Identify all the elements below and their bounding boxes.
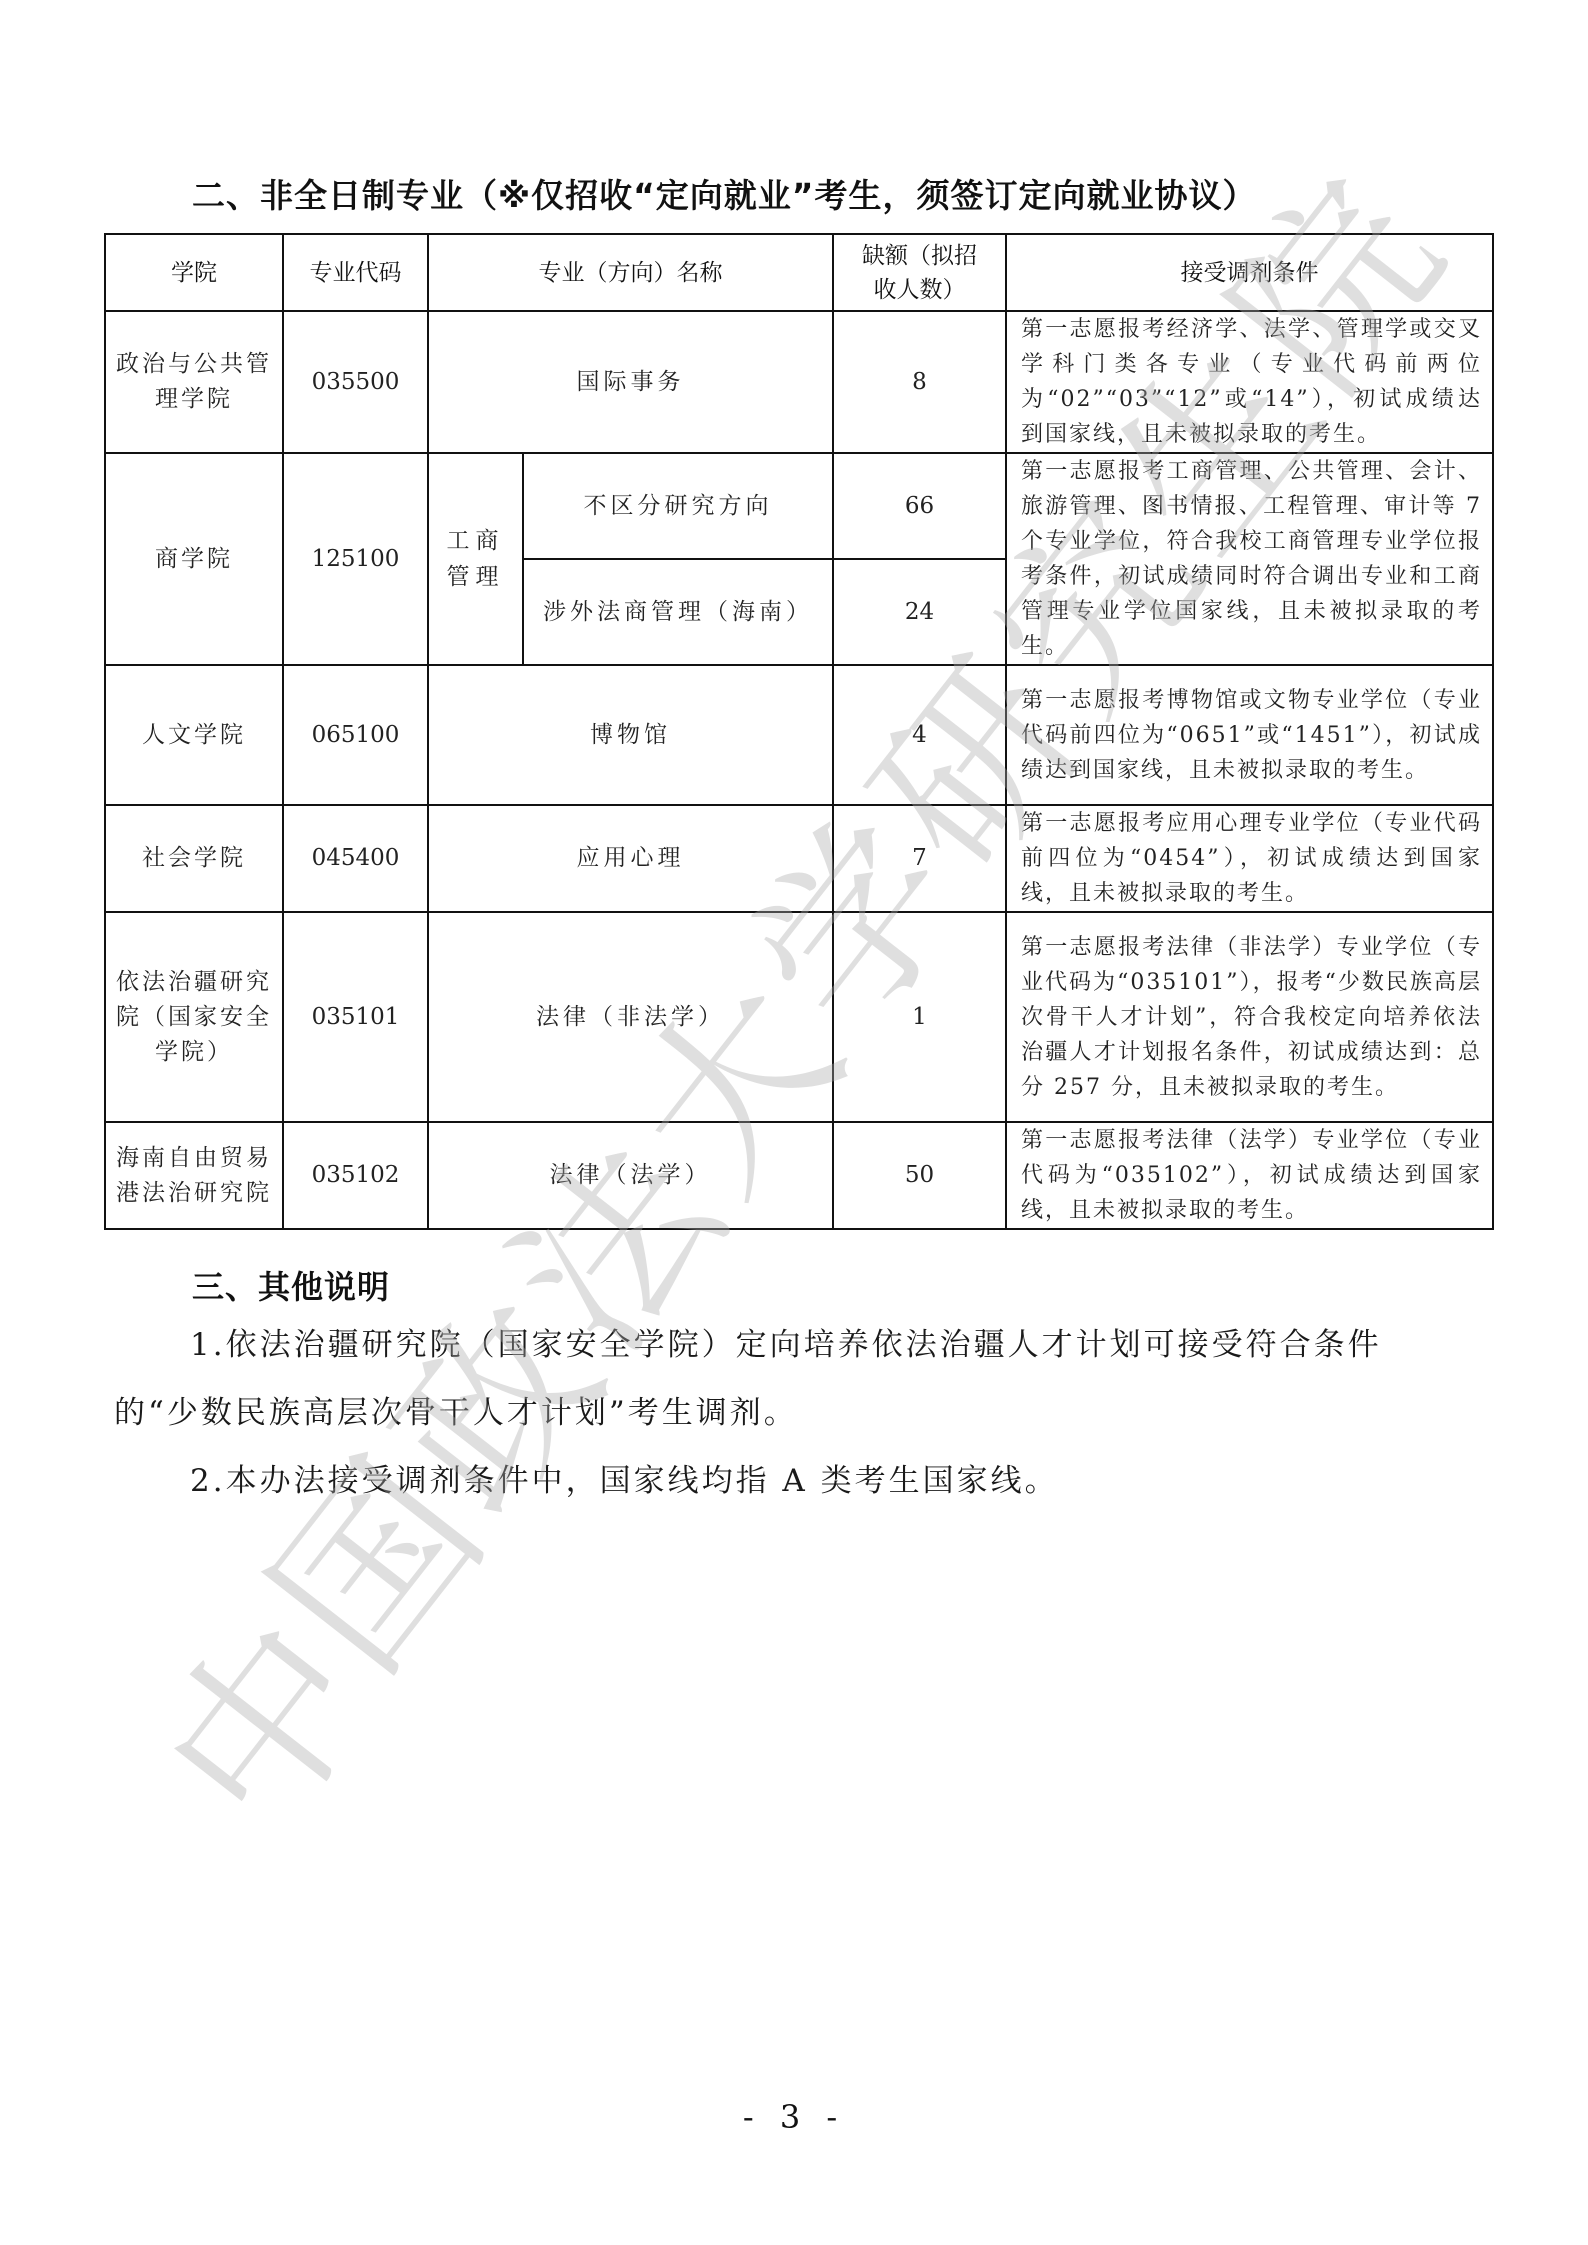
college-cell: 海南自由贸易港法治研究院 <box>105 1122 283 1229</box>
code-cell: 125100 <box>283 453 428 665</box>
code-cell: 035500 <box>283 311 428 453</box>
note-2: 2.本办法接受调剂条件中，国家线均指 A 类考生国家线。 <box>190 1461 1059 1501</box>
section-2-title: 二、非全日制专业（※仅招收“定向就业”考生，须签订定向就业协议） <box>192 170 1256 217</box>
header-major-name: 专业（方向）名称 <box>428 234 833 311</box>
major-name-cell: 法律（非法学） <box>428 912 833 1122</box>
document-page: 二、非全日制专业（※仅招收“定向就业”考生，须签订定向就业协议） 学院 专业代码… <box>0 0 1588 2245</box>
table-row: 人文学院 065100 博物馆 4 第一志愿报考博物馆或文物专业学位（专业代码前… <box>105 665 1493 805</box>
quota-cell: 7 <box>833 805 1006 912</box>
college-cell: 政治与公共管理学院 <box>105 311 283 453</box>
section-3-title: 三、其他说明 <box>192 1262 390 1308</box>
college-cell: 社会学院 <box>105 805 283 912</box>
direction-name-cell: 不区分研究方向 <box>523 453 833 559</box>
code-cell: 065100 <box>283 665 428 805</box>
major-name-cell: 博物馆 <box>428 665 833 805</box>
code-cell: 045400 <box>283 805 428 912</box>
watermark-char: 国 <box>199 1398 531 1716</box>
quota-cell: 24 <box>833 559 1006 665</box>
page-number: - 3 - <box>0 2098 1588 2136</box>
conditions-cell: 第一志愿报考博物馆或文物专业学位（专业代码前四位为“0651”或“1451”），… <box>1006 665 1493 805</box>
table-row: 商学院 125100 工商管理 不区分研究方向 66 第一志愿报考工商管理、公共… <box>105 453 1493 559</box>
conditions-cell: 第一志愿报考应用心理专业学位（专业代码前四位为“0454”），初试成绩达到国家线… <box>1006 805 1493 912</box>
adjustment-quota-table: 学院 专业代码 专业（方向）名称 缺额（拟招 收人数） 接受调剂条件 政治与公共… <box>104 233 1494 1230</box>
code-cell: 035102 <box>283 1122 428 1229</box>
major-name-cell: 应用心理 <box>428 805 833 912</box>
major-name-cell: 法律（法学） <box>428 1122 833 1229</box>
quota-cell: 50 <box>833 1122 1006 1229</box>
major-group-cell: 工商管理 <box>428 453 523 665</box>
header-college: 学院 <box>105 234 283 311</box>
header-quota-line1: 缺额（拟招 <box>834 239 1005 273</box>
table-row: 社会学院 045400 应用心理 7 第一志愿报考应用心理专业学位（专业代码前四… <box>105 805 1493 912</box>
header-conditions: 接受调剂条件 <box>1006 234 1493 311</box>
quota-cell: 8 <box>833 311 1006 453</box>
college-cell: 商学院 <box>105 453 283 665</box>
header-code: 专业代码 <box>283 234 428 311</box>
conditions-cell: 第一志愿报考法律（法学）专业学位（专业代码为“035102”），初试成绩达到国家… <box>1006 1122 1493 1229</box>
quota-cell: 66 <box>833 453 1006 559</box>
header-quota: 缺额（拟招 收人数） <box>833 234 1006 311</box>
note-1-line-1: 1.依法治疆研究院（国家安全学院）定向培养依法治疆人才计划可接受符合条件 <box>190 1325 1382 1365</box>
table-row: 政治与公共管理学院 035500 国际事务 8 第一志愿报考经济学、法学、管理学… <box>105 311 1493 453</box>
quota-cell: 4 <box>833 665 1006 805</box>
college-cell: 人文学院 <box>105 665 283 805</box>
major-group-label: 工商管理 <box>445 523 507 595</box>
table-row: 海南自由贸易港法治研究院 035102 法律（法学） 50 第一志愿报考法律（法… <box>105 1122 1493 1229</box>
conditions-cell: 第一志愿报考法律（非法学）专业学位（专业代码为“035101”），报考“少数民族… <box>1006 912 1493 1122</box>
conditions-cell: 第一志愿报考经济学、法学、管理学或交叉学科门类各专业（专业代码前两位为“02”“… <box>1006 311 1493 453</box>
college-cell: 依法治疆研究院（国家安全学院） <box>105 912 283 1122</box>
table-row: 依法治疆研究院（国家安全学院） 035101 法律（非法学） 1 第一志愿报考法… <box>105 912 1493 1122</box>
direction-name-cell: 涉外法商管理（海南） <box>523 559 833 665</box>
table-header-row: 学院 专业代码 专业（方向）名称 缺额（拟招 收人数） 接受调剂条件 <box>105 234 1493 311</box>
conditions-cell: 第一志愿报考工商管理、公共管理、会计、旅游管理、图书情报、工程管理、审计等 7 … <box>1006 453 1493 665</box>
code-cell: 035101 <box>283 912 428 1122</box>
watermark-char: 中 <box>89 1558 421 1876</box>
quota-cell: 1 <box>833 912 1006 1122</box>
note-1-line-2: 的“少数民族高层次骨干人才计划”考生调剂。 <box>114 1393 798 1433</box>
header-quota-line2: 收人数） <box>834 273 1005 307</box>
major-name-cell: 国际事务 <box>428 311 833 453</box>
